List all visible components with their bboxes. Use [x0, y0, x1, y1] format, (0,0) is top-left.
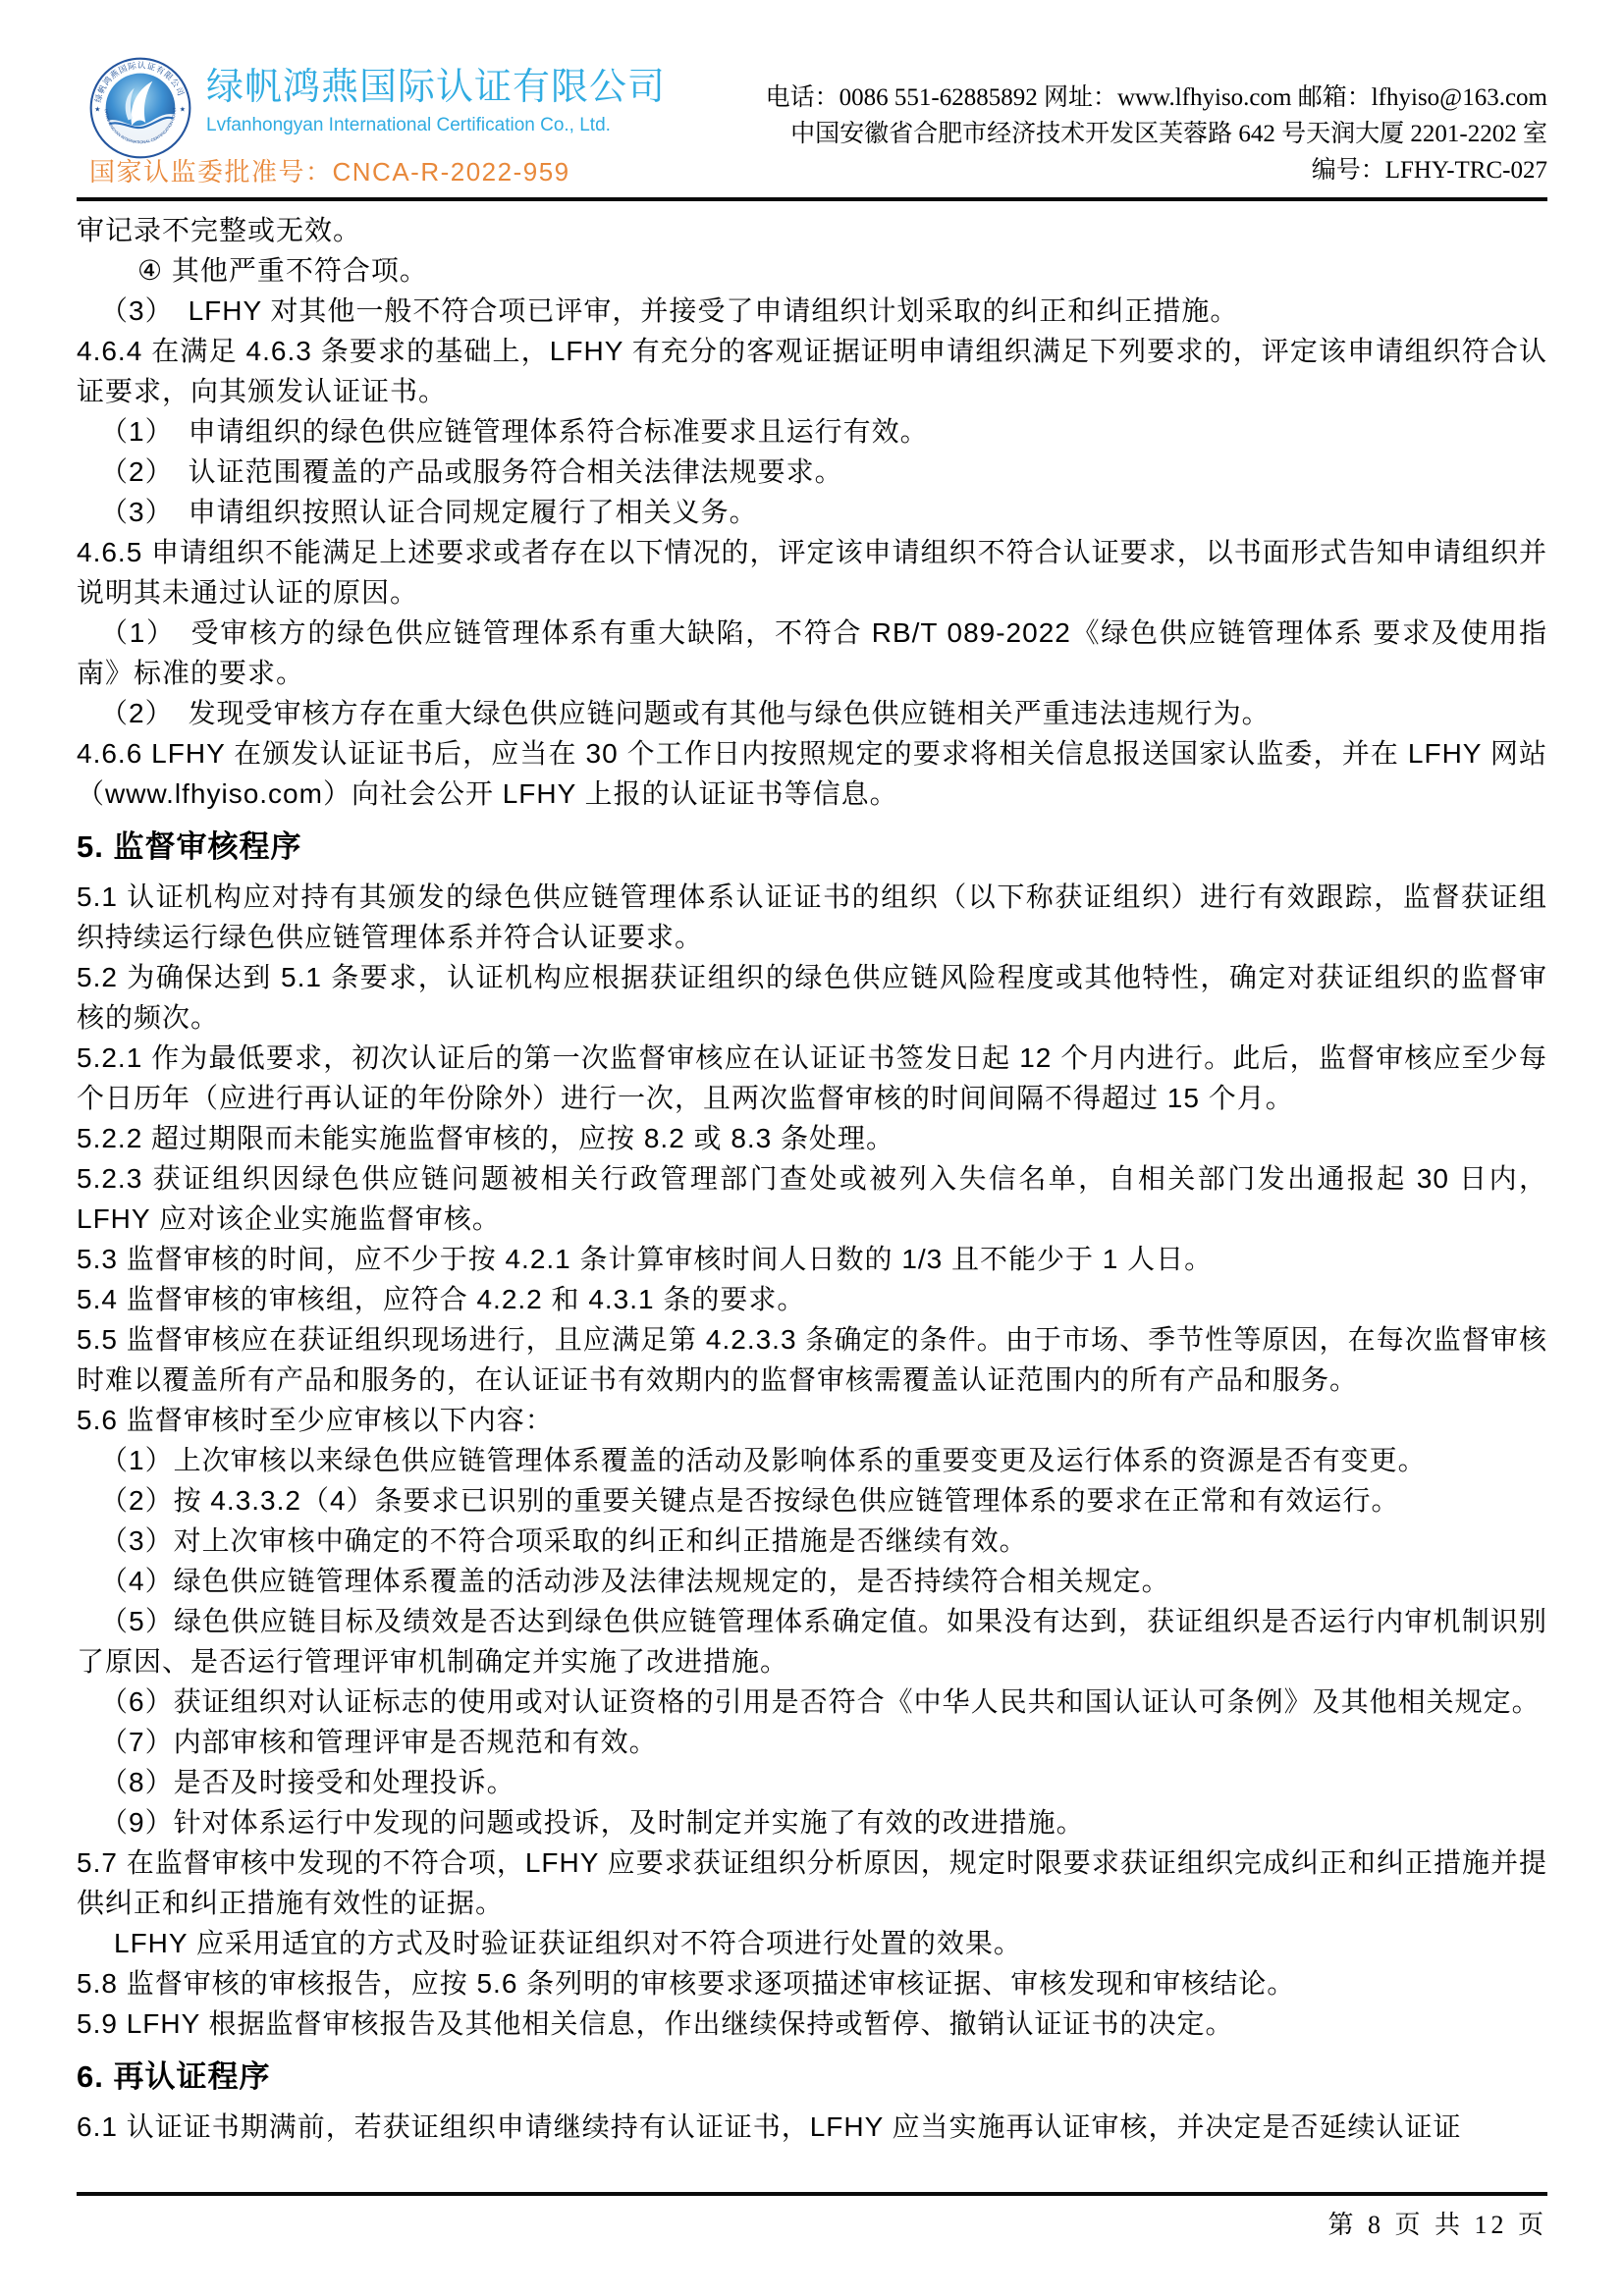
paragraph: ④ 其他严重不符合项。 — [77, 250, 1547, 291]
paragraph: 5.5 监督审核应在获证组织现场进行，且应满足第 4.2.3.3 条确定的条件。… — [77, 1319, 1547, 1400]
paragraph: 5.7 在监督审核中发现的不符合项，LFHY 应要求获证组织分析原因，规定时限要… — [77, 1842, 1547, 1923]
document-number: 编号：LFHY-TRC-027 — [766, 152, 1547, 188]
company-seal-icon: 绿帆鸿燕国际认证有限公司 LVFANHONGYAN INTERNATIONAL … — [88, 56, 192, 160]
contact-line-address: 中国安徽省合肥市经济技术开发区芙蓉路 642 号天润大厦 2201-2202 室 — [766, 116, 1547, 152]
paragraph: （7）内部审核和管理评审是否规范和有效。 — [77, 1722, 1547, 1762]
paragraph: 5.9 LFHY 根据监督审核报告及其他相关信息，作出继续保持或暂停、撤销认证证… — [77, 2003, 1547, 2044]
paragraph: （1）上次审核以来绿色供应链管理体系覆盖的活动及影响体系的重要变更及运行体系的资… — [77, 1440, 1547, 1480]
paragraph: （3）对上次审核中确定的不符合项采取的纠正和纠正措施是否继续有效。 — [77, 1521, 1547, 1561]
section-heading: 5. 监督审核程序 — [77, 826, 1547, 869]
seal-star-right: ★ — [180, 106, 186, 114]
paragraph: 5.3 监督审核的时间，应不少于按 4.2.1 条计算审核时间人日数的 1/3 … — [77, 1239, 1547, 1279]
paragraph: 4.6.6 LFHY 在颁发认证证书后，应当在 30 个工作日内按照规定的要求将… — [77, 733, 1547, 814]
contact-line-phone-web-mail: 电话：0086 551-62885892 网址：www.lfhyiso.com … — [766, 80, 1547, 116]
contact-block: 电话：0086 551-62885892 网址：www.lfhyiso.com … — [766, 80, 1547, 188]
paragraph: LFHY 应采用适宜的方式及时验证获证组织对不符合项进行处置的效果。 — [77, 1923, 1547, 1963]
company-name-zh: 绿帆鸿燕国际认证有限公司 — [206, 66, 666, 109]
paragraph: （1） 申请组织的绿色供应链管理体系符合标准要求且运行有效。 — [77, 411, 1547, 452]
paragraph: （2）按 4.3.3.2（4）条要求已识别的重要关键点是否按绿色供应链管理体系的… — [77, 1480, 1547, 1521]
brand-names: 绿帆鸿燕国际认证有限公司 Lvfanhongyan International … — [206, 66, 666, 138]
paragraph: （9）针对体系运行中发现的问题或投诉，及时制定并实施了有效的改进措施。 — [77, 1802, 1547, 1842]
paragraph: 5.2.2 超过期限而未能实施监督审核的，应按 8.2 或 8.3 条处理。 — [77, 1118, 1547, 1158]
paragraph: 5.4 监督审核的审核组，应符合 4.2.2 和 4.3.1 条的要求。 — [77, 1279, 1547, 1319]
paragraph: （5）绿色供应链目标及绩效是否达到绿色供应链管理体系确定值。如果没有达到，获证组… — [77, 1601, 1547, 1682]
paragraph: 5.2 为确保达到 5.1 条要求，认证机构应根据获证组织的绿色供应链风险程度或… — [77, 957, 1547, 1038]
paragraph: 5.8 监督审核的审核报告，应按 5.6 条列明的审核要求逐项描述审核证据、审核… — [77, 1963, 1547, 2003]
letterhead: 绿帆鸿燕国际认证有限公司 LVFANHONGYAN INTERNATIONAL … — [77, 54, 1547, 191]
paragraph: （4）绿色供应链管理体系覆盖的活动涉及法律法规规定的，是否持续符合相关规定。 — [77, 1561, 1547, 1601]
document-page: 绿帆鸿燕国际认证有限公司 LVFANHONGYAN INTERNATIONAL … — [0, 0, 1624, 2296]
paragraph: （2） 认证范围覆盖的产品或服务符合相关法律法规要求。 — [77, 452, 1547, 492]
paragraph: （3） LFHY 对其他一般不符合项已评审，并接受了申请组织计划采取的纠正和纠正… — [77, 291, 1547, 331]
cnca-approval-number: 国家认监委批准号：CNCA-R-2022-959 — [89, 152, 570, 188]
paragraph: 4.6.4 在满足 4.6.3 条要求的基础上，LFHY 有充分的客观证据证明申… — [77, 331, 1547, 411]
paragraph: （1） 受审核方的绿色供应链管理体系有重大缺陷，不符合 RB/T 089-202… — [77, 613, 1547, 693]
paragraph: （3） 申请组织按照认证合同规定履行了相关义务。 — [77, 492, 1547, 532]
paragraph: （8）是否及时接受和处理投诉。 — [77, 1762, 1547, 1802]
paragraph: 5.6 监督审核时至少应审核以下内容： — [77, 1400, 1547, 1440]
paragraph: 4.6.5 申请组织不能满足上述要求或者存在以下情况的，评定该申请组织不符合认证… — [77, 532, 1547, 613]
paragraph: 5.1 认证机构应对持有其颁发的绿色供应链管理体系认证证书的组织（以下称获证组织… — [77, 877, 1547, 957]
company-logo: 绿帆鸿燕国际认证有限公司 LVFANHONGYAN INTERNATIONAL … — [88, 56, 192, 160]
paragraph: 6.1 认证证书期满前，若获证组织申请继续持有认证证书，LFHY 应当实施再认证… — [77, 2107, 1547, 2147]
page-number: 第 8 页 共 12 页 — [1327, 2211, 1547, 2239]
paragraph: 5.2.1 作为最低要求，初次认证后的第一次监督审核应在认证证书签发日起 12 … — [77, 1038, 1547, 1118]
company-name-en: Lvfanhongyan International Certification… — [206, 113, 666, 138]
header-divider — [77, 197, 1547, 201]
paragraph: 5.2.3 获证组织因绿色供应链问题被相关行政管理部门查处或被列入失信名单，自相… — [77, 1158, 1547, 1239]
paragraph: （6）获证组织对认证标志的使用或对认证资格的引用是否符合《中华人民共和国认证认可… — [77, 1682, 1547, 1722]
page-footer: 第 8 页 共 12 页 — [77, 2192, 1547, 2241]
paragraph: 审记录不完整或无效。 — [77, 210, 1547, 250]
seal-star-left: ★ — [94, 106, 100, 114]
paragraph: （2） 发现受审核方存在重大绿色供应链问题或有其他与绿色供应链相关严重违法违规行… — [77, 693, 1547, 733]
section-heading: 6. 再认证程序 — [77, 2056, 1547, 2099]
document-body: 审记录不完整或无效。④ 其他严重不符合项。（3） LFHY 对其他一般不符合项已… — [77, 210, 1547, 2147]
